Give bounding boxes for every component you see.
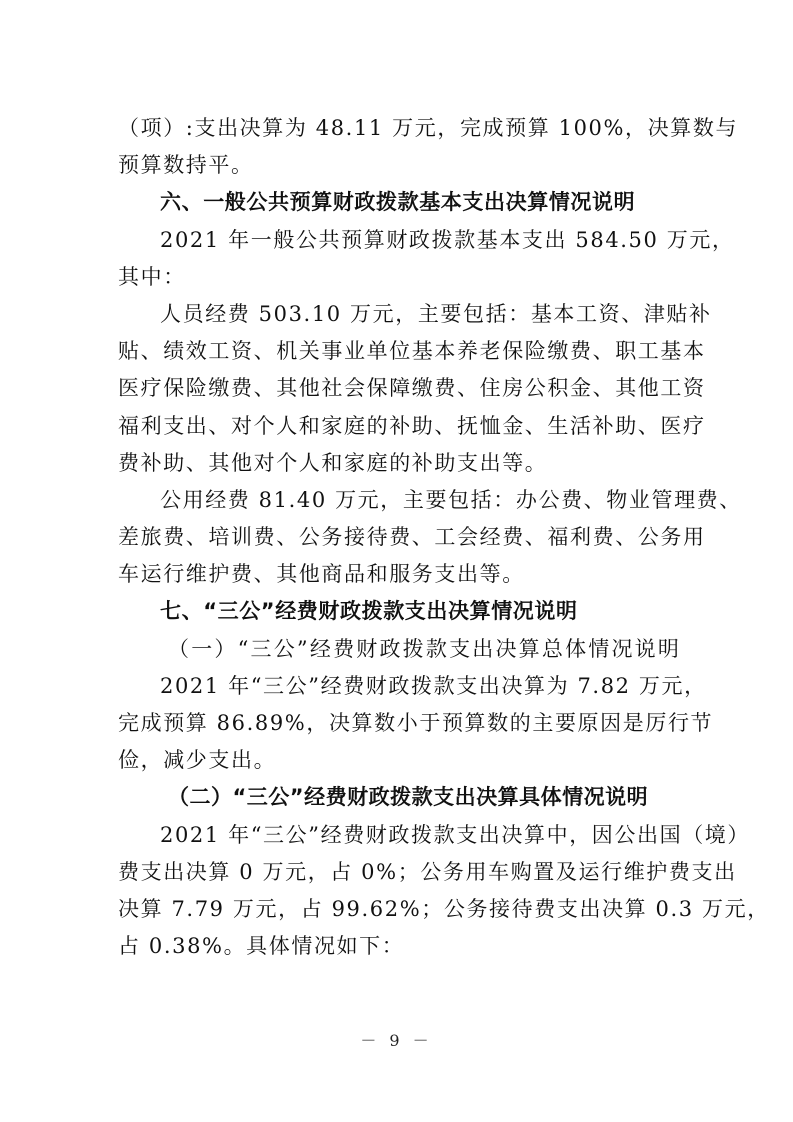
body-text-line: 费支出决算 0 万元，占 0%；公务用车购置及运行维护费支出: [118, 854, 674, 891]
document-page-body: （项）:支出决算为 48.11 万元，完成预算 100%，决算数与 预算数持平。…: [118, 110, 674, 965]
subsection-heading-2: （二）“三公”经费财政拨款支出决算具体情况说明: [118, 779, 674, 816]
body-text-line: 差旅费、培训费、公务接待费、工会经费、福利费、公务用: [118, 519, 674, 556]
body-text-line: 2021 年“三公”经费财政拨款支出决算为 7.82 万元，: [118, 668, 674, 705]
page-number: － 9 －: [0, 1028, 793, 1051]
body-text-line: 2021 年一般公共预算财政拨款基本支出 584.50 万元，: [118, 222, 674, 259]
body-text-line: 贴、绩效工资、机关事业单位基本养老保险缴费、职工基本: [118, 333, 674, 370]
body-text-line: 其中：: [118, 259, 674, 296]
body-text-line: 车运行维护费、其他商品和服务支出等。: [118, 556, 674, 593]
body-text-line: 完成预算 86.89%，决算数小于预算数的主要原因是厉行节: [118, 705, 674, 742]
body-text-line: 2021 年“三公”经费财政拨款支出决算中，因公出国（境）: [118, 817, 674, 854]
body-text-line: （项）:支出决算为 48.11 万元，完成预算 100%，决算数与: [118, 110, 674, 147]
body-text-line: 公用经费 81.40 万元，主要包括：办公费、物业管理费、: [118, 482, 674, 519]
body-text-line: 俭，减少支出。: [118, 742, 674, 779]
body-text-line: 费补助、其他对个人和家庭的补助支出等。: [118, 445, 674, 482]
body-text-line: 医疗保险缴费、其他社会保障缴费、住房公积金、其他工资: [118, 370, 674, 407]
body-text-line: 人员经费 503.10 万元，主要包括：基本工资、津贴补: [118, 296, 674, 333]
body-text-line: 决算 7.79 万元，占 99.62%；公务接待费支出决算 0.3 万元，: [118, 891, 674, 928]
body-text-line: 福利支出、对个人和家庭的补助、抚恤金、生活补助、医疗: [118, 408, 674, 445]
body-text-line: 占 0.38%。具体情况如下：: [118, 928, 674, 965]
section-heading-6: 六、一般公共预算财政拨款基本支出决算情况说明: [118, 184, 674, 221]
subsection-heading-1: （一）“三公”经费财政拨款支出决算总体情况说明: [118, 631, 674, 668]
body-text-line: 预算数持平。: [118, 147, 674, 184]
section-heading-7: 七、“三公”经费财政拨款支出决算情况说明: [118, 593, 674, 630]
